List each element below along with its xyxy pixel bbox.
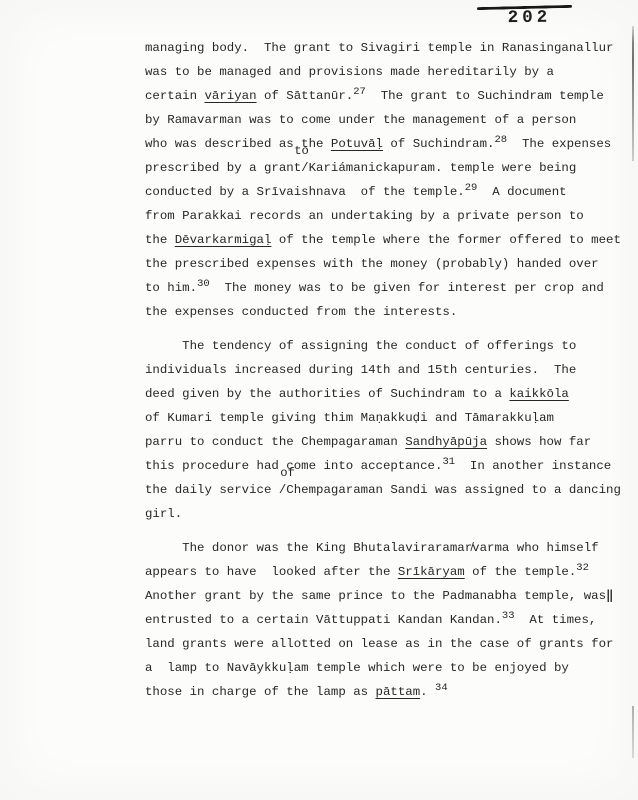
footnote-ref: 31 bbox=[442, 456, 455, 468]
footnote-ref: 29 bbox=[465, 182, 478, 194]
text-segment: the expenses conducted from the interest… bbox=[145, 305, 457, 319]
scanned-page: 202 managing body. The grant to Sivagiri… bbox=[0, 0, 638, 800]
text-segment: the daily service /Chempagaraman Sandi w… bbox=[145, 483, 621, 497]
text-segment: girl. bbox=[145, 507, 182, 521]
text-segment: by Ramavarman was to come under the mana… bbox=[145, 113, 576, 127]
text-line: Another grant by the same prince to the … bbox=[145, 584, 621, 608]
text-line: individuals increased during 14th and 15… bbox=[145, 358, 621, 382]
footnote-ref: 27 bbox=[353, 86, 366, 98]
text-line: The tendency of assigning the conduct of… bbox=[145, 334, 621, 358]
text-segment: The grant to Suchindram temple bbox=[366, 89, 604, 103]
text-line: land grants were allotted on lease as in… bbox=[145, 632, 621, 656]
text-segment: prescribed by a grant/Kariámanickapuram.… bbox=[145, 161, 576, 175]
text-segment: the prescribed expenses with the money (… bbox=[145, 257, 599, 271]
text-segment: In another instance bbox=[455, 459, 611, 473]
text-line: prescribed by a grant/Kariámanickapuram.… bbox=[145, 156, 621, 180]
inserted-word: of bbox=[280, 467, 295, 479]
text-line: parru to conduct the Chempagaraman Sandh… bbox=[145, 430, 621, 454]
underlined-term: Potuvāḷ bbox=[331, 137, 383, 151]
text-line: the prescribed expenses with the money (… bbox=[145, 252, 621, 276]
text-segment: to him. bbox=[145, 281, 197, 295]
text-line: of Kumari temple giving thim Maṇakkuḍi a… bbox=[145, 406, 621, 430]
text-segment: the bbox=[145, 233, 175, 247]
text-line: appears to have looked after the Srīkāry… bbox=[145, 560, 621, 584]
inserted-word: to bbox=[294, 145, 309, 157]
underlined-term: kaikkōla bbox=[509, 387, 569, 401]
text-segment: deed given by the authorities of Suchind… bbox=[145, 387, 509, 401]
underlined-term: Sandhyāpūja bbox=[405, 435, 487, 449]
underlined-term: pāttam bbox=[376, 685, 421, 699]
underlined-term: Srīkāryam bbox=[398, 565, 465, 579]
text-segment: The donor was the King Bhutalaviraramar̸… bbox=[145, 541, 599, 555]
text-segment: of the temple where the former offered t… bbox=[271, 233, 620, 247]
text-segment: from Parakkai records an undertaking by … bbox=[145, 209, 584, 223]
footnote-ref: 30 bbox=[197, 278, 210, 290]
text-segment: ‖ bbox=[606, 589, 613, 603]
text-line: to him.30 The money was to be given for … bbox=[145, 276, 621, 300]
text-line: the expenses conducted from the interest… bbox=[145, 300, 621, 324]
underlined-term: vāriyan bbox=[205, 89, 257, 103]
scan-artifact-line-bottom bbox=[632, 706, 634, 758]
paragraph: managing body. The grant to Sivagiri tem… bbox=[145, 36, 621, 324]
scan-artifact-line-top bbox=[632, 26, 634, 161]
text-segment: appears to have looked after the bbox=[145, 565, 398, 579]
text-segment: managing body. The grant to Sivagiri tem… bbox=[145, 41, 613, 55]
text-line: from Parakkai records an undertaking by … bbox=[145, 204, 621, 228]
text-line: deed given by the authorities of Suchind… bbox=[145, 382, 621, 406]
text-segment: certain bbox=[145, 89, 205, 103]
footnote-ref: 34 bbox=[435, 682, 448, 694]
text-line: by Ramavarman was to come under the mana… bbox=[145, 108, 621, 132]
text-line: this procedure had come into acceptance.… bbox=[145, 454, 621, 478]
text-line: girl. bbox=[145, 502, 621, 526]
text-segment: those in charge of the lamp as bbox=[145, 685, 376, 699]
text-line: The donor was the King Bhutalaviraramar̸… bbox=[145, 536, 621, 560]
text-segment: shows how far bbox=[487, 435, 591, 449]
text-segment: A document bbox=[477, 185, 566, 199]
text-segment: At times, bbox=[515, 613, 597, 627]
text-line: a lamp to Navāykkuḷam temple which were … bbox=[145, 656, 621, 680]
text-segment: of Sāttanūr. bbox=[257, 89, 354, 103]
text-segment: a lamp to Navāykkuḷam temple which were … bbox=[145, 661, 569, 675]
text-line: the daily service /Chempagaraman Sandi w… bbox=[145, 478, 621, 502]
page-number: 202 bbox=[477, 8, 572, 29]
page-number-block: 202 bbox=[477, 6, 572, 28]
text-segment: entrusted to a certain Vāttuppati Kandan… bbox=[145, 613, 502, 627]
text-segment: of Kumari temple giving thim Maṇakkuḍi a… bbox=[145, 411, 554, 425]
text-line: entrusted to a certain Vāttuppati Kandan… bbox=[145, 608, 621, 632]
text-segment: parru to conduct the Chempagaraman bbox=[145, 435, 405, 449]
document-body: managing body. The grant to Sivagiri tem… bbox=[145, 36, 621, 704]
footnote-ref: 32 bbox=[576, 562, 589, 574]
underlined-term: Dēvarkarmigaḷ bbox=[175, 233, 272, 247]
text-line: was to be managed and provisions made he… bbox=[145, 60, 621, 84]
text-segment: The expenses bbox=[507, 137, 611, 151]
text-segment: . bbox=[420, 685, 435, 699]
text-line: managing body. The grant to Sivagiri tem… bbox=[145, 36, 621, 60]
text-segment: The money was to be given for interest p… bbox=[210, 281, 604, 295]
text-line: who was described as the Potuvāḷ of Such… bbox=[145, 132, 621, 156]
text-segment: individuals increased during 14th and 15… bbox=[145, 363, 576, 377]
footnote-ref: 33 bbox=[502, 610, 515, 622]
text-line: conducted by a Srīvaishnava of the templ… bbox=[145, 180, 621, 204]
text-segment: conducted by a Srīvaishnava of the templ… bbox=[145, 185, 465, 199]
text-segment: land grants were allotted on lease as in… bbox=[145, 637, 613, 651]
paragraph: The donor was the King Bhutalaviraramar̸… bbox=[145, 536, 621, 704]
text-line: those in charge of the lamp as pāttam. 3… bbox=[145, 680, 621, 704]
text-segment: of the temple. bbox=[465, 565, 577, 579]
text-segment: Another grant by the same prince to the … bbox=[145, 589, 606, 603]
footnote-ref: 28 bbox=[495, 134, 508, 146]
text-line: certain vāriyan of Sāttanūr.27 The grant… bbox=[145, 84, 621, 108]
paragraph: The tendency of assigning the conduct of… bbox=[145, 334, 621, 526]
text-segment: of Suchindram. bbox=[383, 137, 495, 151]
text-segment: was to be managed and provisions made he… bbox=[145, 65, 554, 79]
text-line: the Dēvarkarmigaḷ of the temple where th… bbox=[145, 228, 621, 252]
text-segment: The tendency of assigning the conduct of… bbox=[145, 339, 576, 353]
